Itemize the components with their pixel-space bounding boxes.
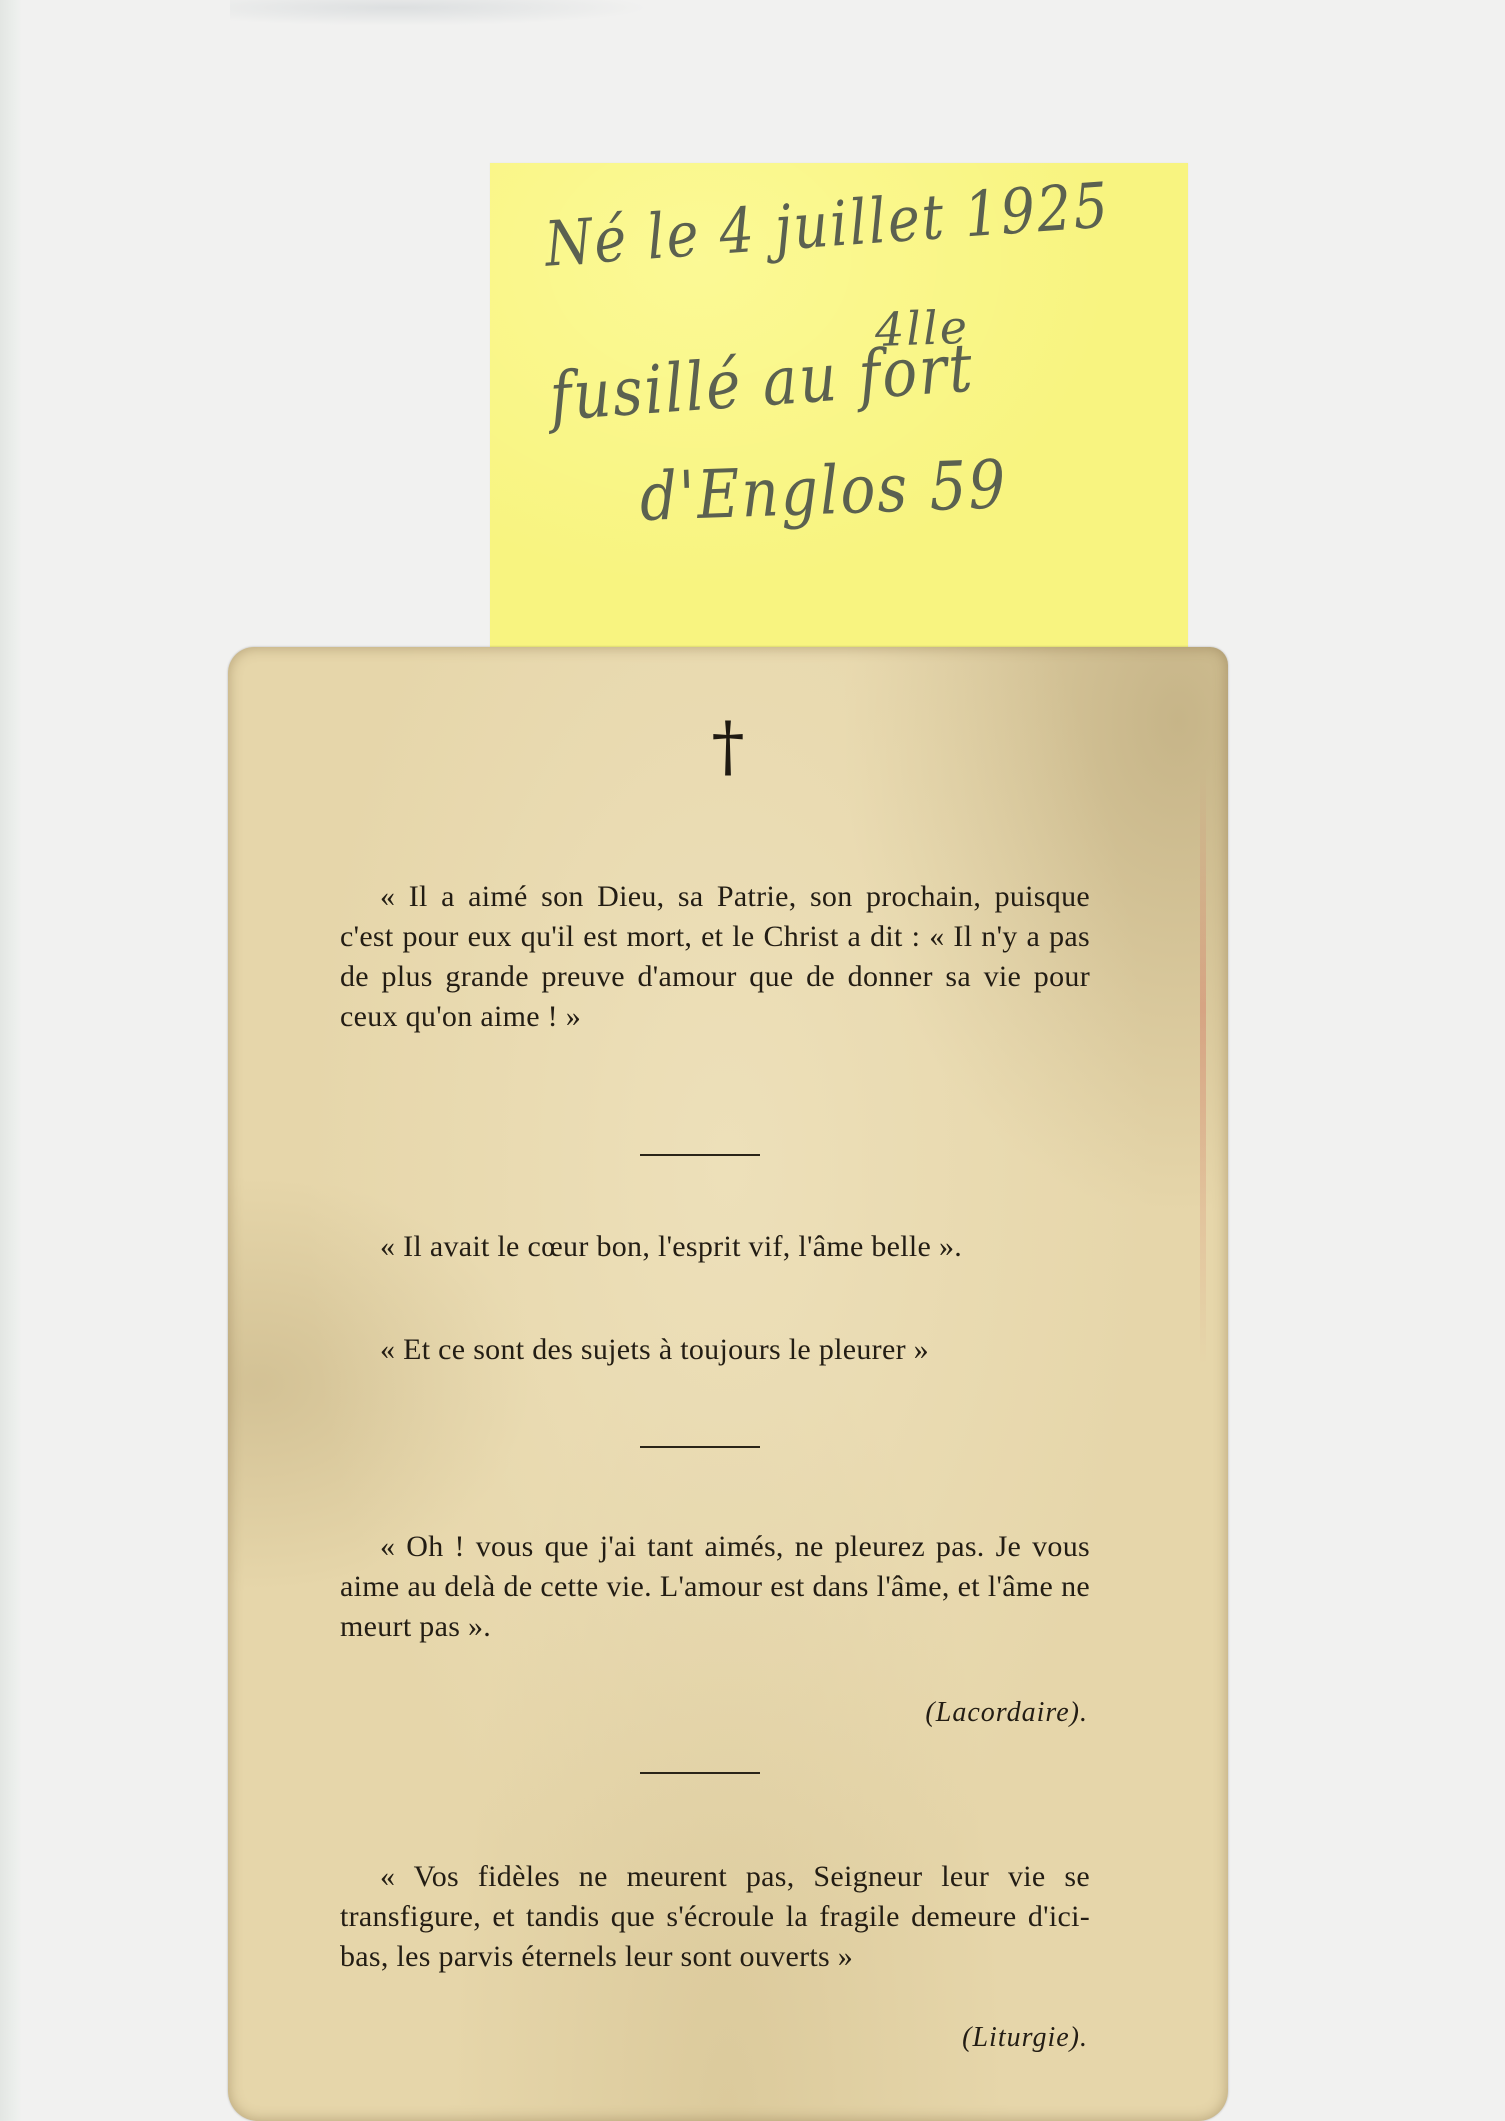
sticky-note: Né le 4 juillet 1925 4lle fusillé au for… [490, 163, 1188, 648]
memorial-card: † « Il a aimé son Dieu, sa Patrie, son p… [228, 647, 1228, 2121]
quote-patrie: « Il a aimé son Dieu, sa Patrie, son pro… [340, 877, 1090, 1037]
quote-coeur-bon: « Il avait le cœur bon, l'esprit vif, l'… [340, 1227, 1090, 1267]
attribution-liturgie: (Liturgie). [962, 2022, 1088, 2054]
handwritten-line-place: d'Englos 59 [639, 445, 1009, 536]
quote-pleurer: « Et ce sont des sujets à toujours le pl… [340, 1330, 1090, 1370]
cross-icon: † [698, 712, 758, 782]
handwritten-line-executed: fusillé au fort [547, 328, 976, 436]
attribution-lacordaire: (Lacordaire). [925, 1697, 1088, 1729]
foxing-stain [1200, 767, 1206, 1367]
handwritten-line-birth: Né le 4 juillet 1925 [542, 169, 1112, 281]
divider-rule [640, 1154, 760, 1156]
divider-rule [640, 1772, 760, 1774]
show-through-bleed [230, 0, 650, 26]
scan-edge [0, 0, 22, 2121]
quote-lacordaire: « Oh ! vous que j'ai tant aimés, ne pleu… [340, 1527, 1090, 1647]
divider-rule [640, 1446, 760, 1448]
quote-liturgie: « Vos fidèles ne meurent pas, Seigneur l… [340, 1857, 1090, 1977]
